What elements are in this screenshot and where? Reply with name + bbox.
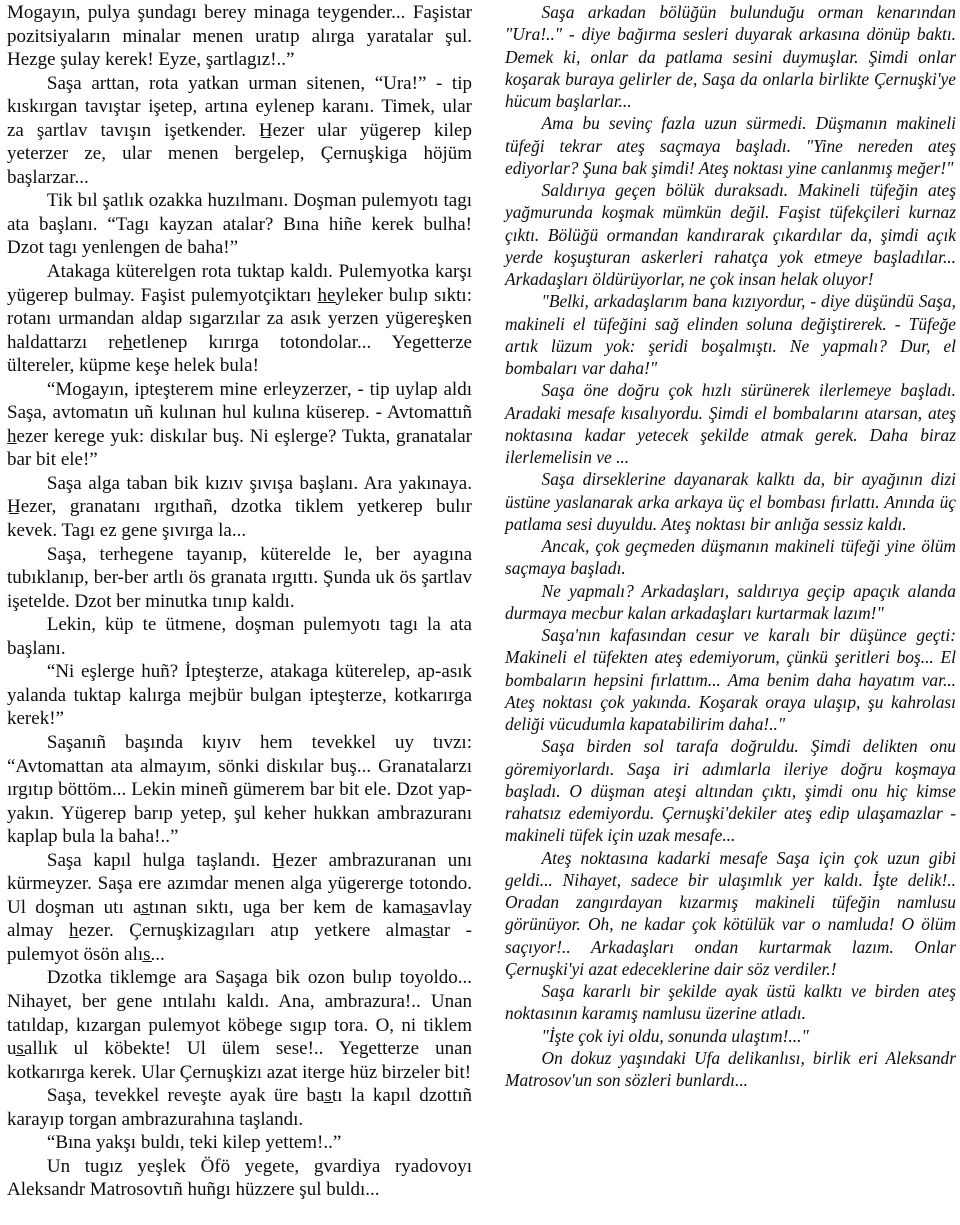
right-paragraph-7: Ancak, çok geçmeden düşmanın makineli tü… xyxy=(505,535,956,580)
left-paragraph-6: Saşa alga taban bik kızıv şıvışa başlanı… xyxy=(7,472,472,543)
left-paragraph-9: “Ni eşlerge huñ? İpteşterze, atakaga küt… xyxy=(7,660,472,731)
right-paragraph-4: "Belki, arkadaşlarım bana kızıyordur, - … xyxy=(505,290,956,379)
right-paragraph-5: Saşa öne doğru çok hızlı sürünerek ilerl… xyxy=(505,379,956,468)
left-paragraph-11: Saşa kapıl hulga taşlandı. H̲ezer ambraz… xyxy=(7,849,472,967)
right-paragraph-12: Saşa kararlı bir şekilde ayak üstü kalkt… xyxy=(505,980,956,1025)
right-paragraph-13: "İşte çok iyi oldu, sonunda ulaştım!..." xyxy=(505,1025,956,1047)
right-paragraph-2: Ama bu sevinç fazla uzun sürmedi. Düşman… xyxy=(505,112,956,179)
right-paragraph-1: Saşa arkadan bölüğün bulunduğu orman ken… xyxy=(505,1,956,112)
left-paragraph-8: Lekin, küp te ütmene, doşman pulemyotı t… xyxy=(7,613,472,660)
left-paragraph-10: Saşanıñ başında kıyıv hem tevekkel uy tı… xyxy=(7,731,472,849)
left-paragraph-7: Saşa, terhegene tayanıp, küterelde le, b… xyxy=(7,543,472,614)
left-paragraph-5: “Mogayın, ipteşterem mine erleyzerzer, -… xyxy=(7,378,472,472)
left-paragraph-1: Mogayın, pulya şundagı berey minaga teyg… xyxy=(7,1,472,72)
left-paragraph-4: Atakaga küterelgen rota tuktap kaldı. Pu… xyxy=(7,260,472,378)
right-paragraph-10: Saşa birden sol tarafa doğruldu. Şimdi d… xyxy=(505,735,956,846)
left-paragraph-14: “Bına yakşı buldı, teki kilep yettem!..” xyxy=(7,1131,472,1155)
right-column-turkish-text: Saşa arkadan bölüğün bulunduğu orman ken… xyxy=(505,1,956,1091)
right-paragraph-6: Saşa dirseklerine dayanarak kalktı da, b… xyxy=(505,468,956,535)
left-column-bashkir-text: Mogayın, pulya şundagı berey minaga teyg… xyxy=(7,1,472,1202)
right-paragraph-3: Saldırıya geçen bölük duraksadı. Makinel… xyxy=(505,179,956,290)
left-paragraph-12: Dzotka tiklemge ara Saşaga bik ozon bulı… xyxy=(7,966,472,1084)
right-paragraph-9: Saşa'nın kafasından cesur ve karalı bir … xyxy=(505,624,956,735)
left-paragraph-13: Saşa, tevekkel reveşte ayak üre bas̲tı l… xyxy=(7,1084,472,1131)
book-page: Mogayın, pulya şundagı berey minaga teyg… xyxy=(0,0,960,1225)
right-paragraph-11: Ateş noktasına kadarki mesafe Saşa için … xyxy=(505,847,956,981)
left-paragraph-3: Tik bıl şatlık ozakka huzılmanı. Doşman … xyxy=(7,189,472,260)
left-paragraph-15: Un tugız yeşlek Öfö yegete, gvardiya rya… xyxy=(7,1155,472,1202)
right-paragraph-14: On dokuz yaşındaki Ufa delikanlısı, birl… xyxy=(505,1047,956,1092)
left-paragraph-2: Saşa arttan, rota yatkan urman sitenen, … xyxy=(7,72,472,190)
right-paragraph-8: Ne yapmalı? Arkadaşları, saldırıya geçip… xyxy=(505,580,956,625)
